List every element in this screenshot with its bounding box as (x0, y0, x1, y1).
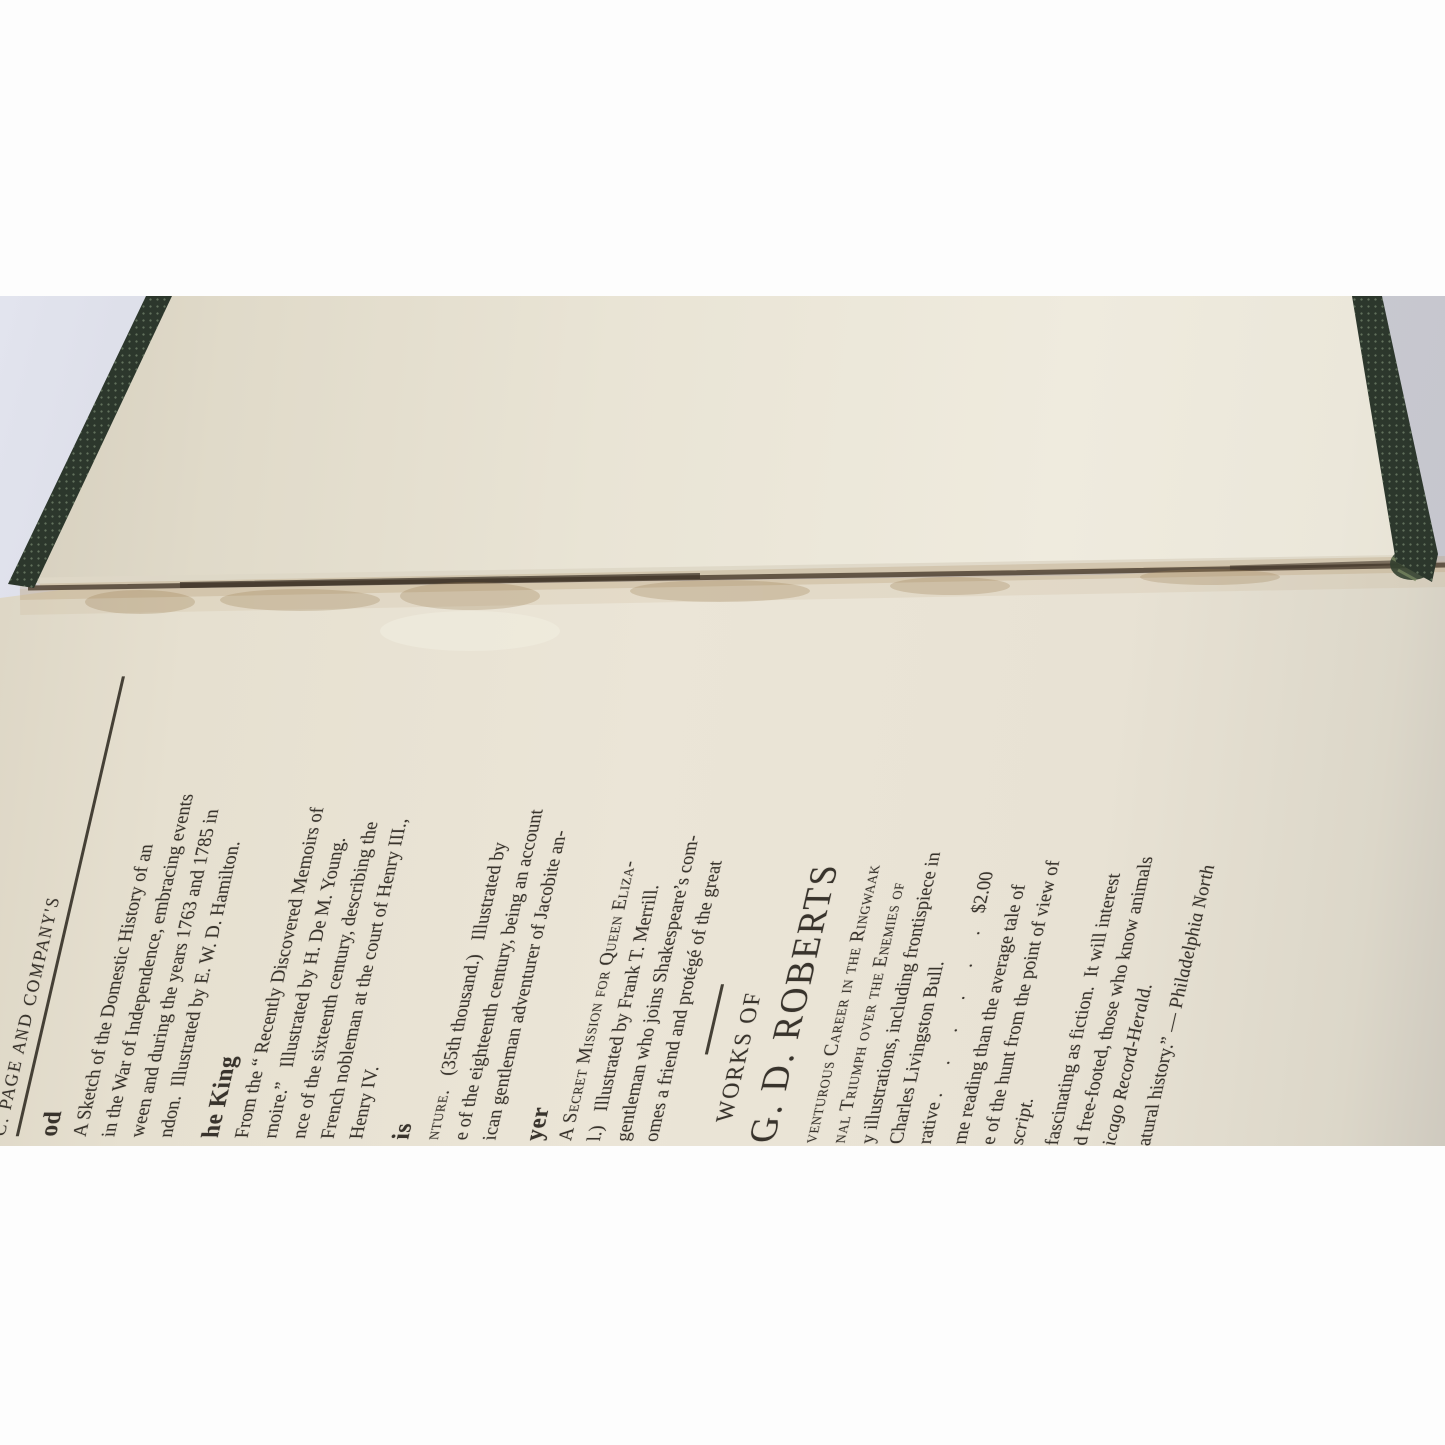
advertisement-page-text: C. PAGE AND COMPANY'S od A Sketch of the… (0, 678, 1265, 1146)
book-photo: C. PAGE AND COMPANY'S od A Sketch of the… (0, 296, 1445, 1146)
section-divider-rule (705, 984, 724, 1054)
product-photo-canvas: C. PAGE AND COMPANY'S od A Sketch of the… (0, 0, 1445, 1445)
